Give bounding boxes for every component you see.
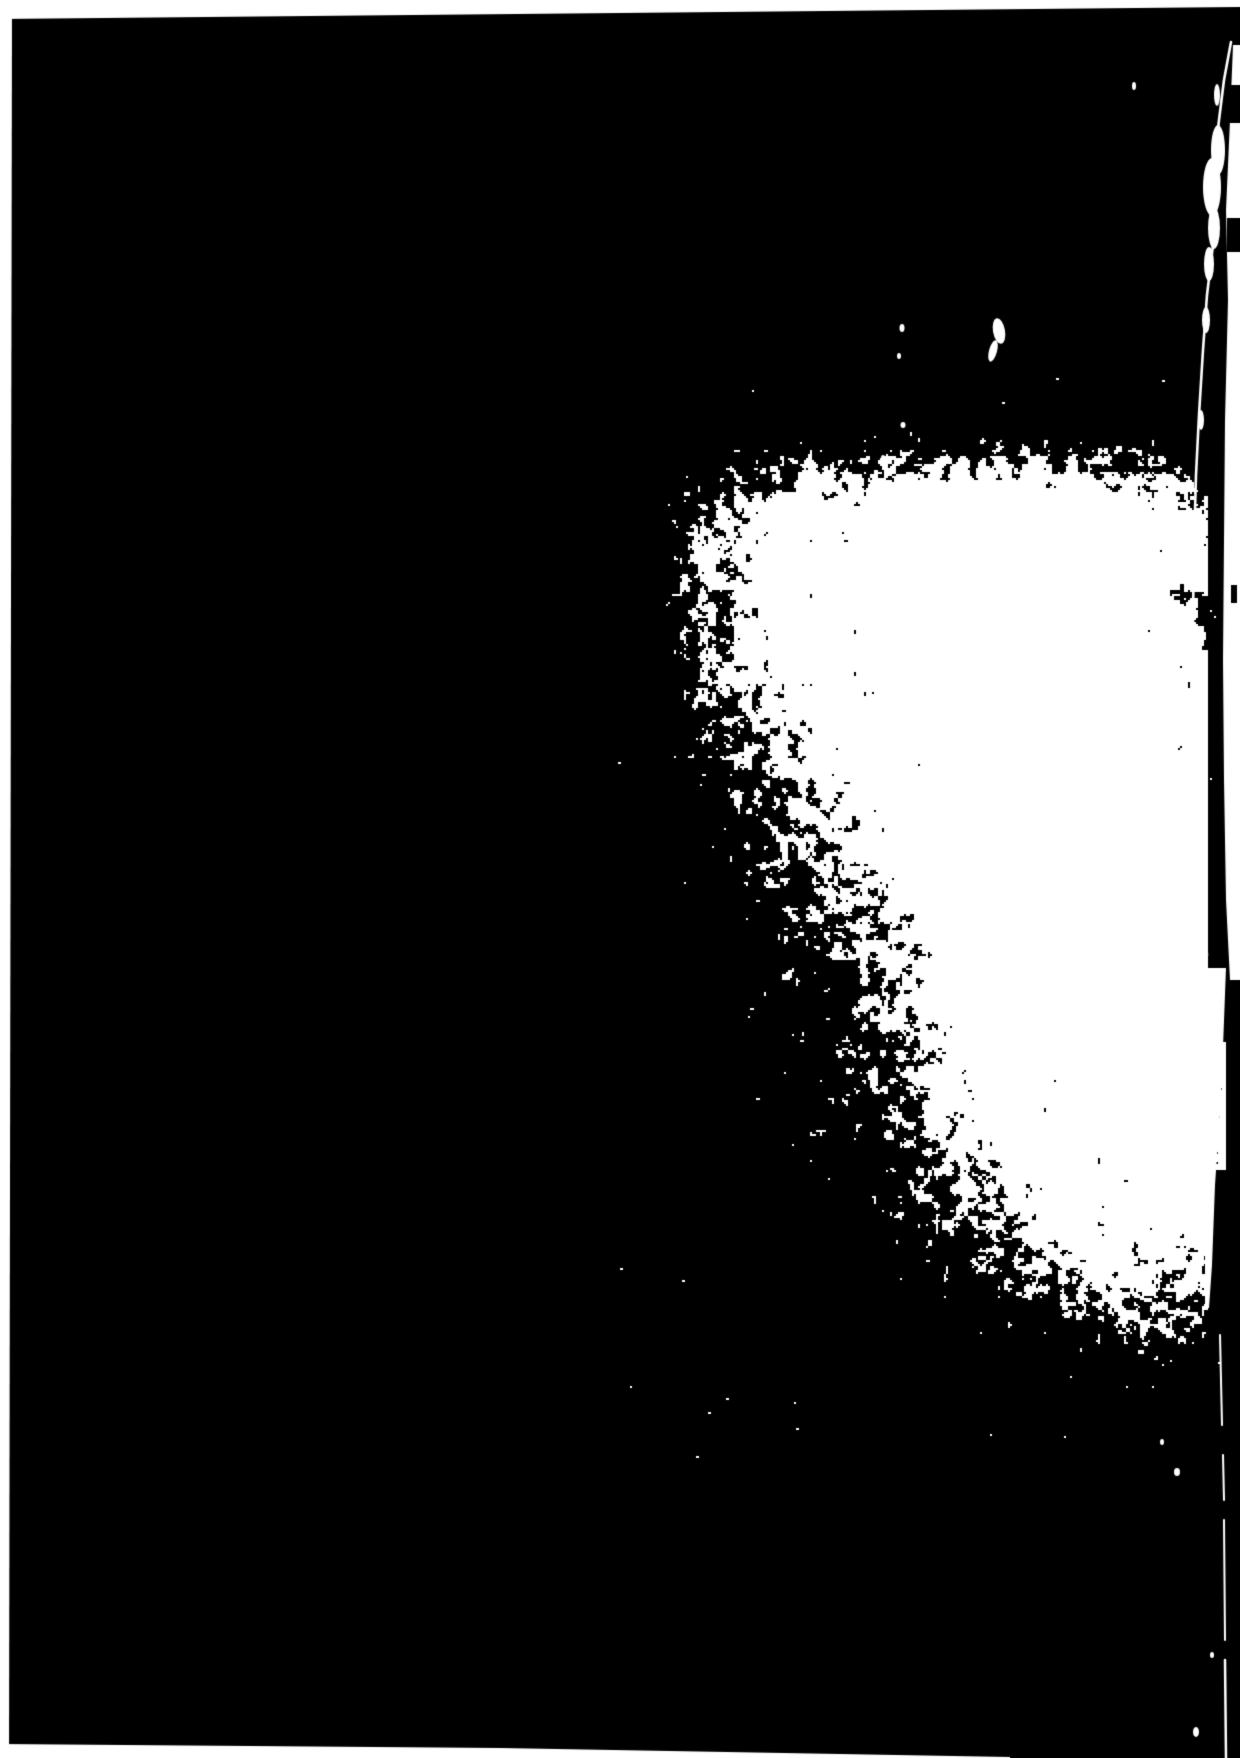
scan-page bbox=[0, 0, 1240, 1758]
binarized-photo-canvas bbox=[0, 0, 1240, 1758]
